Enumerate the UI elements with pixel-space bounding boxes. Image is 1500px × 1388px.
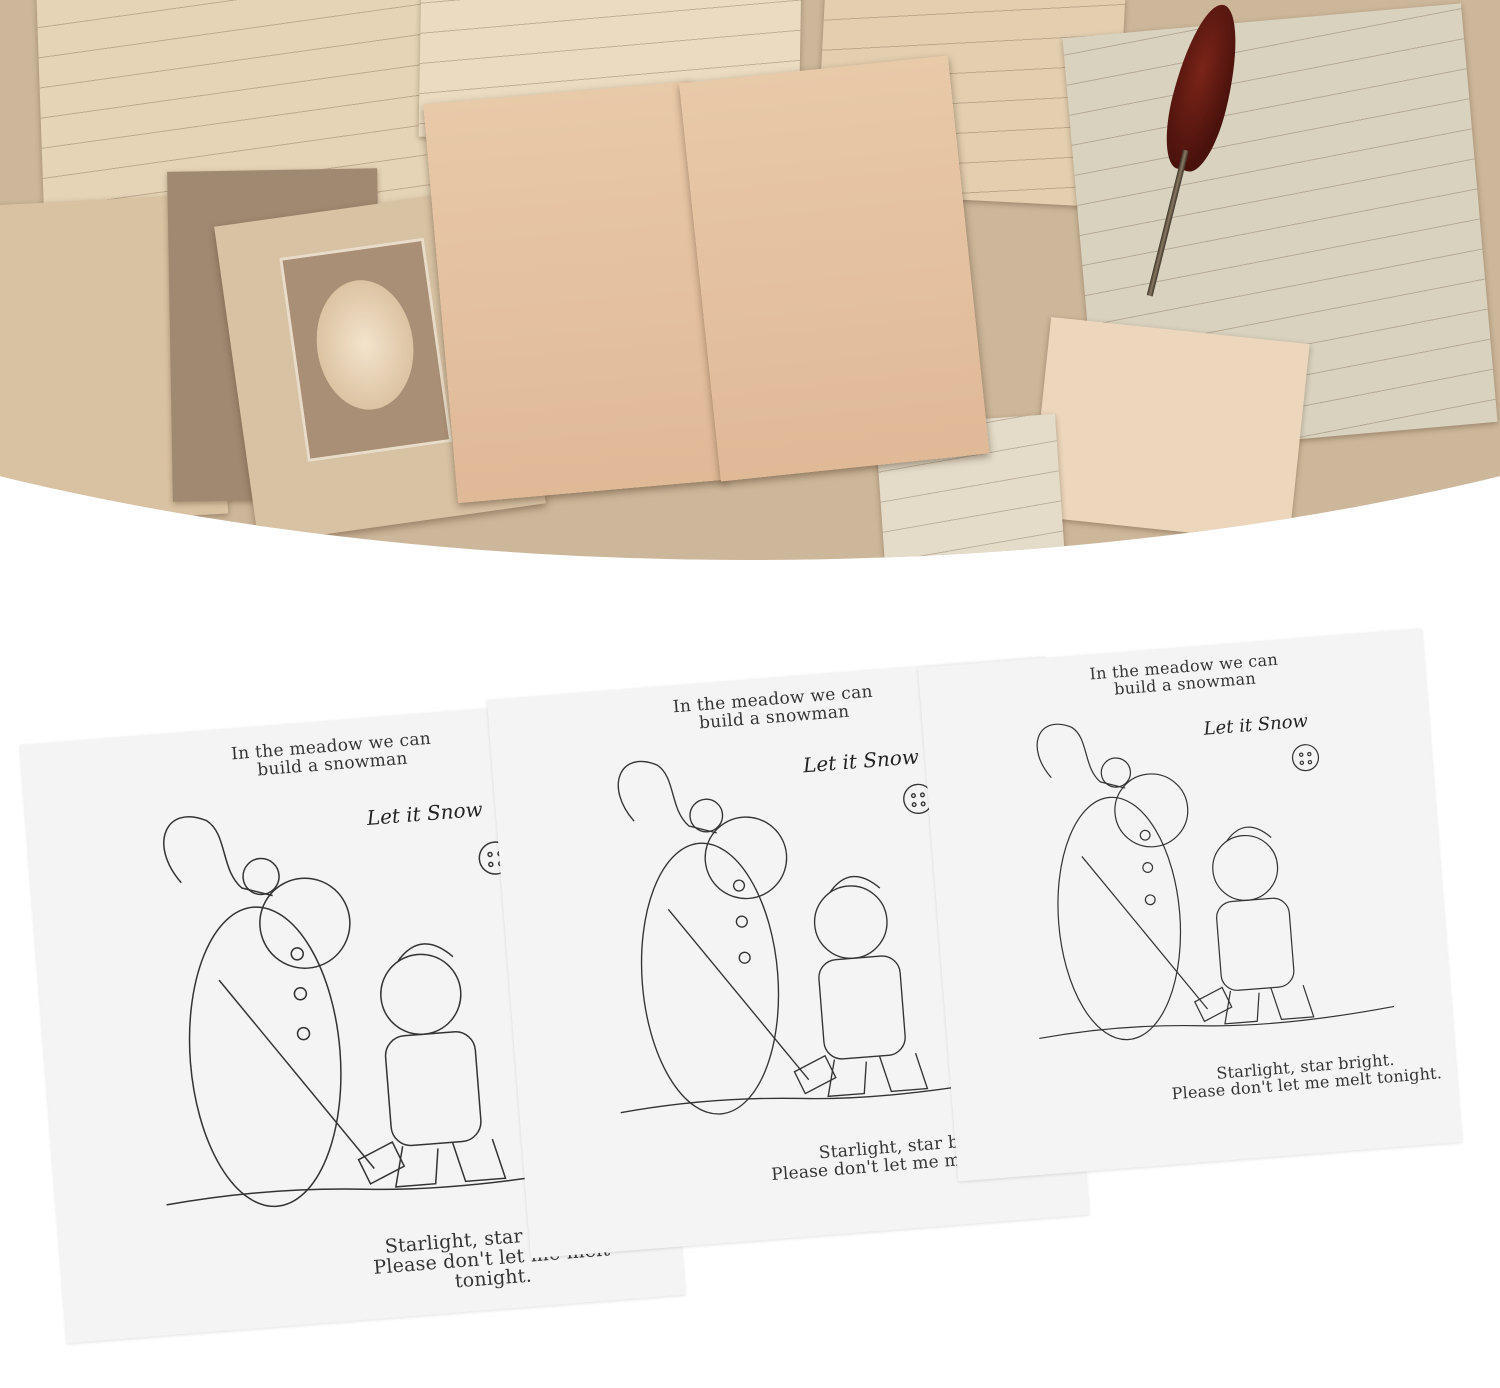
- stamp-top-text: In the meadow we can build a snowman: [221, 730, 443, 783]
- stamp-top-text: In the meadow we can build a snowman: [668, 683, 880, 735]
- book-right-page: [679, 55, 989, 481]
- letter-paper: [1030, 317, 1309, 543]
- clear-stamp-sheet: In the meadow we can build a snowman Let…: [918, 628, 1462, 1181]
- book-left-page: [423, 81, 727, 503]
- vintage-background-photo: [0, 0, 1500, 560]
- open-book: [418, 41, 1001, 530]
- squirrel-bear-snowman-illustration: [1012, 688, 1398, 1055]
- stamp-top-text: In the meadow we can build a snowman: [1083, 651, 1285, 700]
- stamp-bottom-text: Starlight, star bright. Please don't let…: [1165, 1048, 1447, 1103]
- photo-frame-oval: [308, 274, 421, 416]
- quill-shaft: [1147, 150, 1189, 297]
- photo-frame-window: [279, 238, 452, 462]
